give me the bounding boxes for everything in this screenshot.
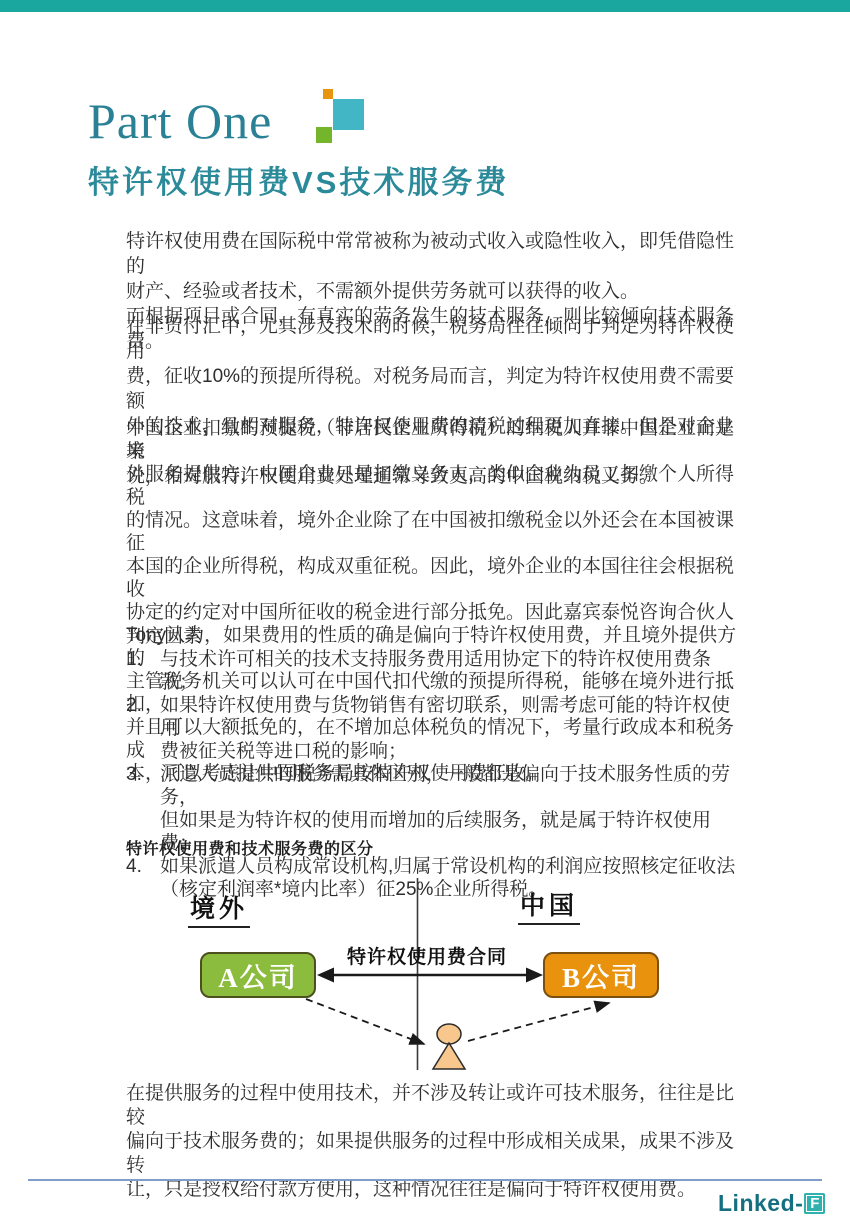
- section-heading: 特许权使用费和技术服务费的区分: [126, 836, 374, 859]
- paragraph-conclusion: 在提供服务的过程中使用技术，并不涉及转让或许可技术服务，往往是比较 偏向于技术服…: [126, 1082, 742, 1202]
- logo-f-badge: F: [804, 1193, 825, 1214]
- arrowhead-right: [526, 968, 543, 983]
- top-accent-bar: [0, 0, 850, 12]
- arrowhead-left: [317, 968, 334, 983]
- green-square-icon: [316, 127, 332, 143]
- list-item: 1. 与技术许可相关的技术支持服务费用适用协定下的特许权使用费条款；: [126, 648, 746, 694]
- orange-square-icon: [323, 89, 333, 99]
- page-title: Part One: [88, 92, 272, 150]
- document-page: Part One 特许权使用费VS技术服务费 特许权使用费在国际税中常常被称为被…: [0, 0, 850, 1228]
- factors-list: 1. 与技术许可相关的技术支持服务费用适用协定下的特许权使用费条款； 2. 如果…: [126, 648, 746, 901]
- list-item-number: 2.: [126, 694, 160, 763]
- list-item-number: 1.: [126, 648, 160, 694]
- diagram-lines: [0, 872, 850, 1077]
- company-b-box: B公司: [543, 952, 659, 998]
- region-label-overseas: 境外: [188, 889, 250, 928]
- footer-divider: [28, 1179, 822, 1181]
- dashed-service-line-left: [306, 999, 424, 1044]
- teal-square-icon: [333, 99, 364, 130]
- page-subtitle: 特许权使用费VS技术服务费: [88, 157, 509, 202]
- list-item-text: 与技术许可相关的技术支持服务费用适用协定下的特许权使用费条款；: [160, 648, 746, 694]
- person-icon: [433, 1024, 465, 1069]
- royalty-contract-diagram: 境外 中国 A公司 B公司 特许权使用费合同: [0, 872, 850, 1077]
- linked-f-logo: Linked- F: [718, 1190, 825, 1217]
- factors-title: 判定因素: [126, 625, 202, 648]
- region-label-china: 中国: [518, 886, 580, 925]
- company-a-box: A公司: [200, 952, 316, 998]
- list-item-text: 如果特许权使用费与货物销售有密切联系，则需考虑可能的特许权使用 费被征关税等进口…: [160, 694, 746, 763]
- list-item: 2. 如果特许权使用费与货物销售有密切联系，则需考虑可能的特许权使用 费被征关税…: [126, 694, 746, 763]
- logo-text: Linked-: [718, 1190, 803, 1217]
- dashed-service-line-right: [468, 1003, 609, 1041]
- contract-arrow-label: 特许权使用费合同: [337, 942, 517, 969]
